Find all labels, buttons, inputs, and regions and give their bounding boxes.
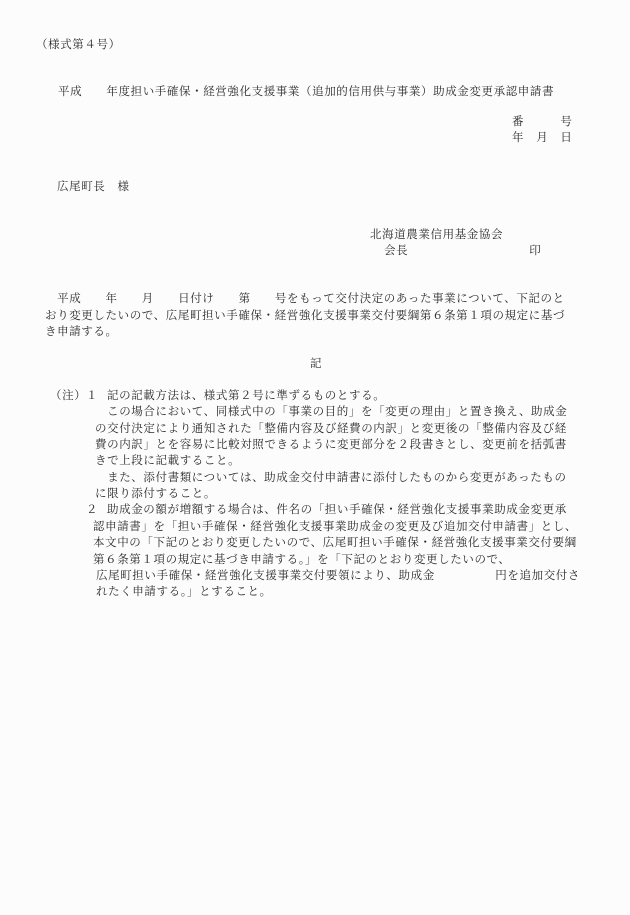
- applicant-organization: 北海道農業信用基金協会: [370, 226, 503, 242]
- body-line: 平成 年 月 日付け 第 号をもって交付決定のあった事業について、下記のと: [45, 290, 565, 306]
- form-number: （様式第４号）: [36, 36, 121, 52]
- body-line: き申請する。: [45, 323, 118, 339]
- note-line: に限り添付すること。: [95, 485, 216, 501]
- applicant-title-seal: 会長 印: [384, 242, 541, 258]
- note-line: きで上段に記載すること。: [95, 452, 240, 468]
- note-line: 費の内訳」とを容易に比較対照できるように変更部分を２段書きとし、変更前を括弧書: [95, 436, 567, 452]
- note-line: この場合において、同様式中の「事業の目的」を「変更の理由」と置き換え、助成金: [95, 403, 567, 419]
- note-line: れたく申請する。」とすること。: [96, 583, 272, 599]
- date-field: 年 月 日: [512, 129, 573, 145]
- note-line: 認申請書」を「担い手確保・経営強化支援事業助成金の変更及び追加交付申請書」とし、: [93, 518, 577, 534]
- note-line: 本文中の「下記のとおり変更したいので、広尾町担い手確保・経営強化支援事業交付要綱: [93, 534, 577, 550]
- note-line: の交付決定により通知された「整備内容及び経費の内訳」と変更後の「整備内容及び経: [95, 420, 567, 436]
- note-number: ２: [86, 501, 98, 517]
- note-line: 記の記載方法は、様式第２号に準ずるものとする。: [107, 387, 385, 403]
- note-line: 助成金の額が増額する場合は、件名の「担い手確保・経営強化支援事業助成金変更承: [107, 501, 567, 517]
- note-line: 第６条第１項の規定に基づき申請する。」を「下記のとおり変更したいので、: [93, 551, 511, 567]
- body-line: おり変更したいので、広尾町担い手確保・経営強化支援事業交付要綱第６条第１項の規定…: [45, 307, 565, 323]
- document-title: 平成 年度担い手確保・経営強化支援事業（追加的信用供与事業）助成金変更承認申請書: [58, 83, 554, 99]
- note-line: また、添付書類については、助成金交付申請書に添付したものから変更があったもの: [95, 469, 567, 485]
- note-line: 広尾町担い手確保・経営強化支援事業交付要領により、助成金 円を追加交付さ: [96, 567, 580, 583]
- note-number: １: [86, 387, 98, 403]
- notes-label: （注）: [50, 387, 86, 403]
- number-field: 番 号: [512, 113, 573, 129]
- addressee: 広尾町長 様: [57, 178, 130, 194]
- ki-heading: 記: [310, 355, 322, 371]
